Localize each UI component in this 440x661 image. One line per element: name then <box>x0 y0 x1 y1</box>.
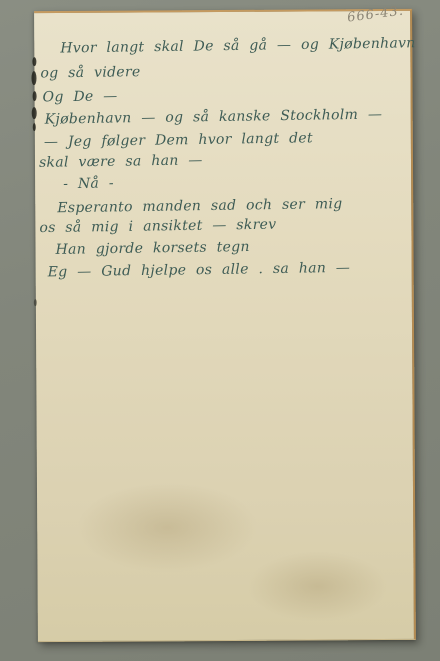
handwritten-line: Hvor langt skal De så gå — og Kjøbenhavn <box>60 35 415 56</box>
handwritten-line: os så mig i ansiktet — skrev <box>39 217 276 237</box>
handwritten-line: Han gjorde korsets tegn <box>55 239 249 258</box>
manuscript-page: 666-43. Hvor langt skal De så gå — og Kj… <box>34 9 416 642</box>
handwritten-line: Kjøbenhavn — og så kanske Stockholm — <box>45 107 383 128</box>
handwritten-line: Eg — Gud hjelpe os alle . sa han — <box>48 260 351 280</box>
paper-stain <box>77 482 258 573</box>
handwritten-line: Og De — <box>42 88 117 105</box>
page-number-annotation: 666-43. <box>346 3 404 25</box>
handwritten-line: — Jeg følger Dem hvor langt det <box>44 130 313 150</box>
paper-stain <box>247 551 387 622</box>
handwritten-line: skal være sa han — <box>39 152 203 170</box>
torn-edge-mark <box>33 123 36 131</box>
torn-edge-mark <box>31 71 36 85</box>
handwritten-line: Esperanto manden sad och ser mig <box>57 196 342 216</box>
handwritten-line: og så videre <box>40 64 140 81</box>
torn-edge-mark <box>32 107 37 119</box>
torn-edge-mark <box>34 299 37 306</box>
torn-edge-mark <box>33 91 37 101</box>
handwritten-line: - Nå - <box>63 175 114 192</box>
scan-background: 666-43. Hvor langt skal De så gå — og Kj… <box>0 0 440 661</box>
torn-edge-mark <box>32 57 36 66</box>
